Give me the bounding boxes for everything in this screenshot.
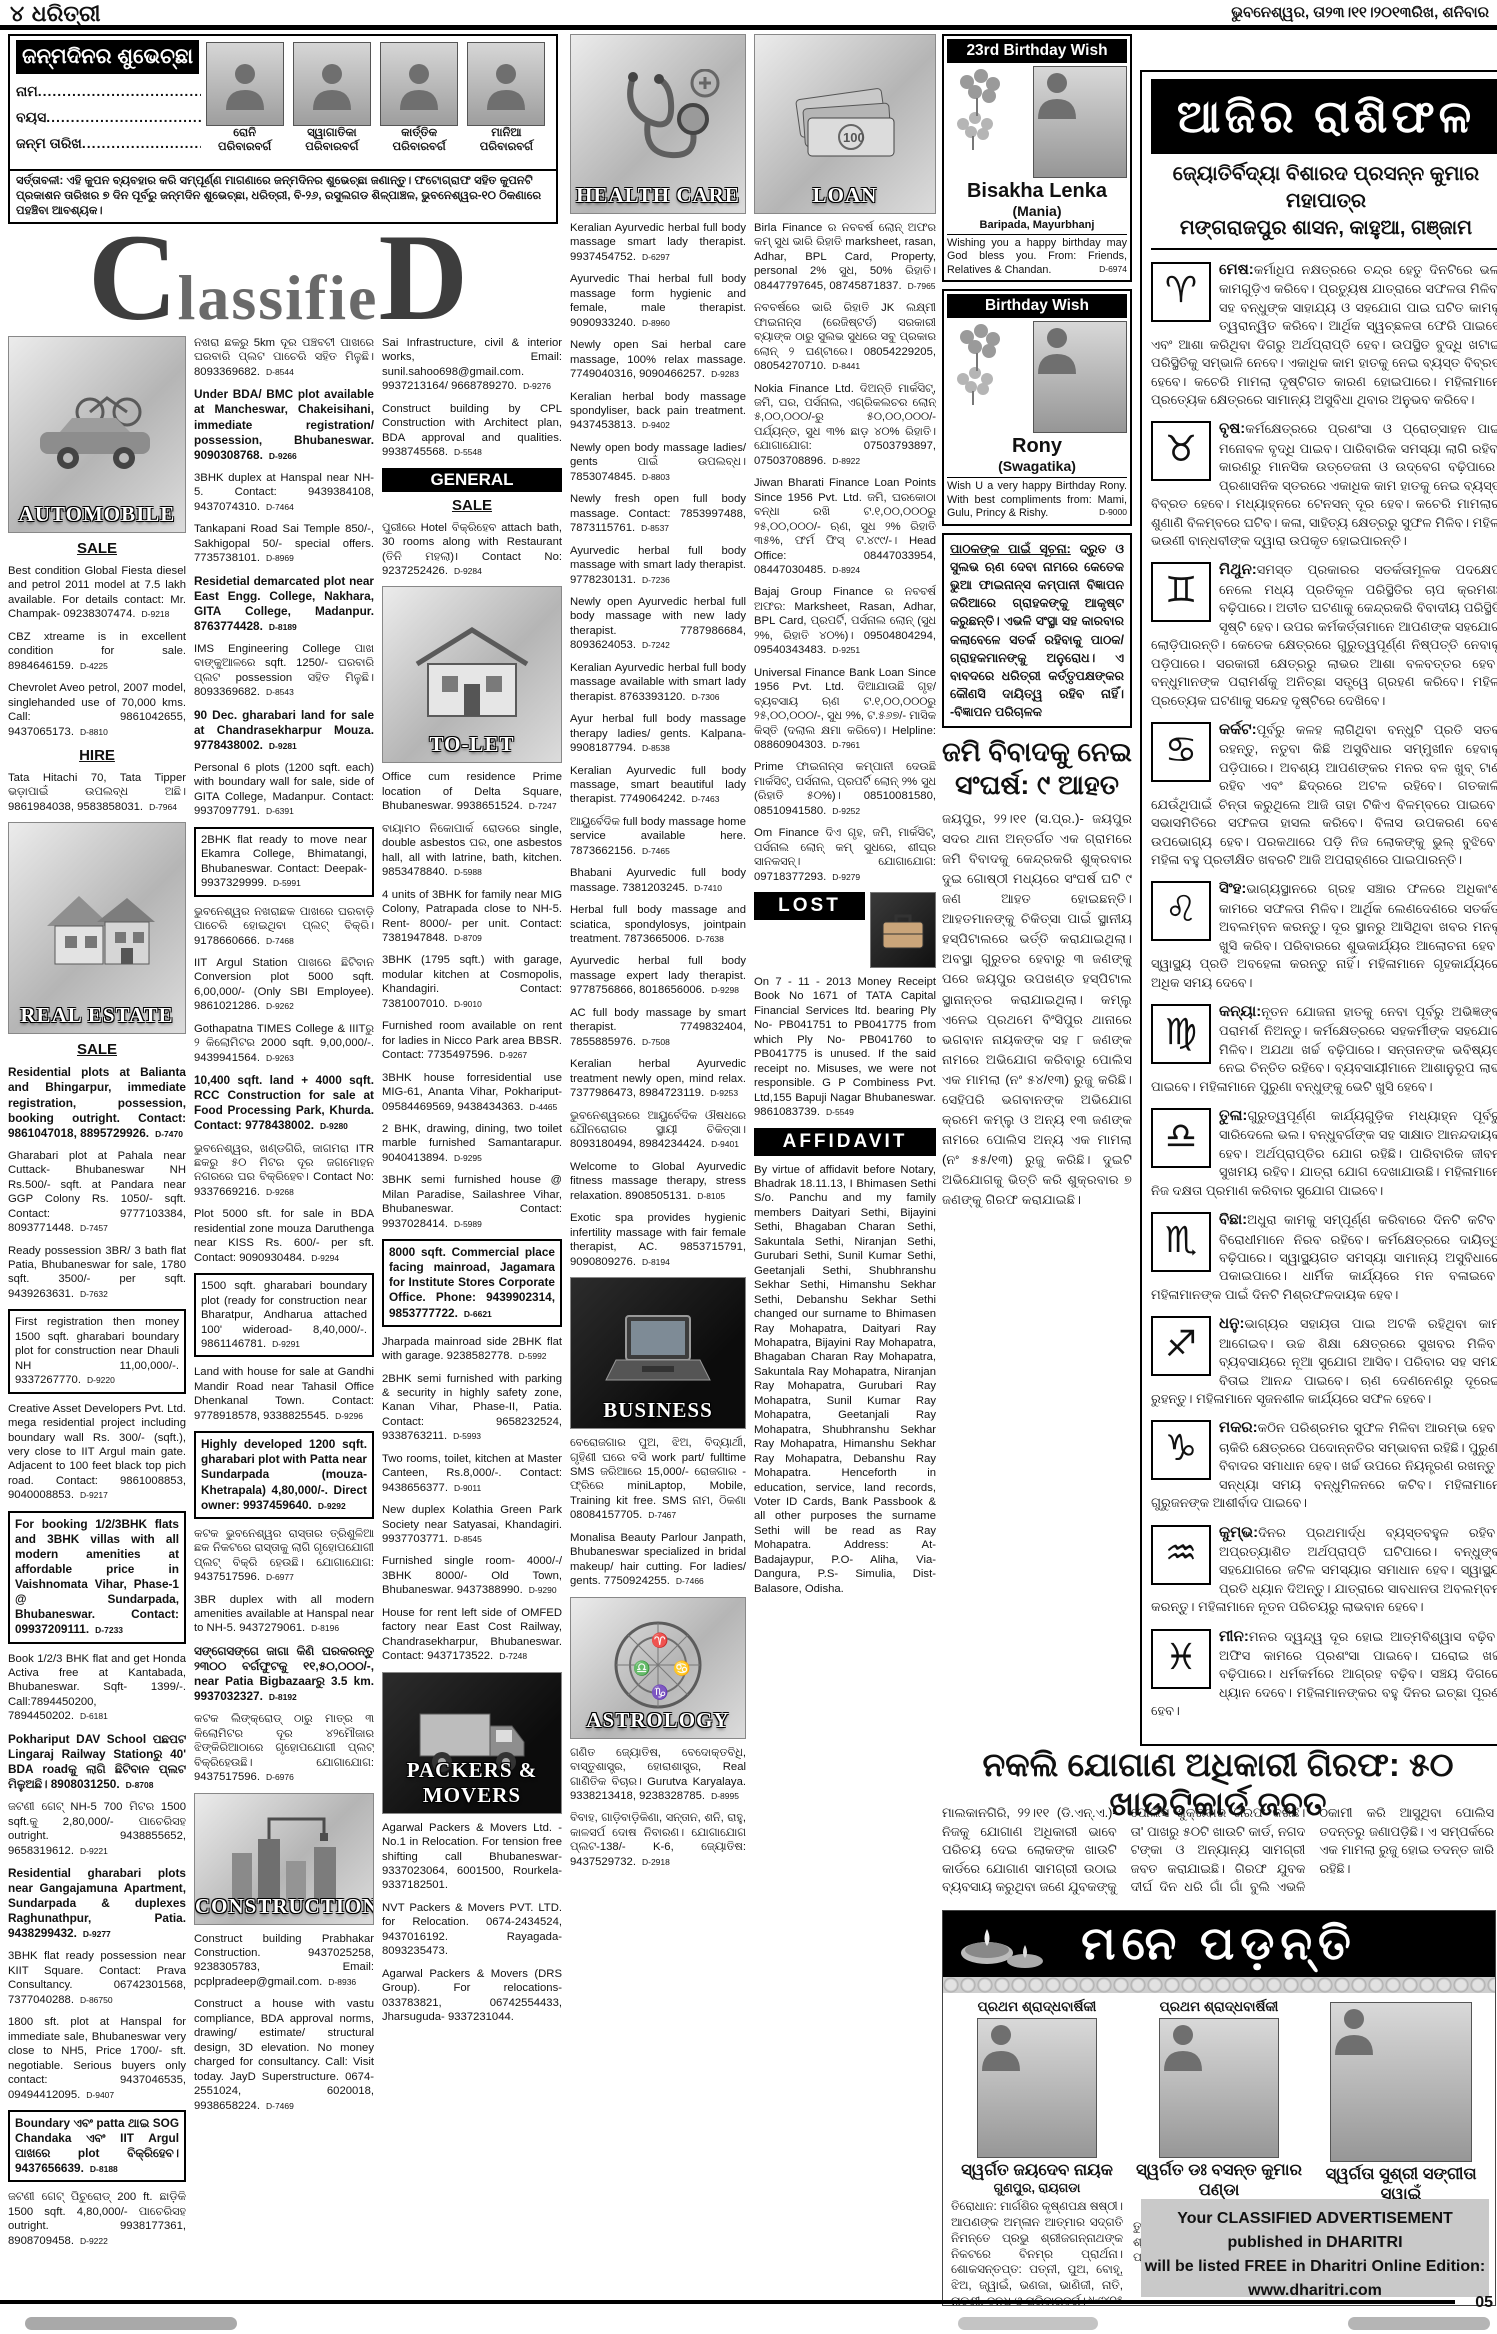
ad-ref-code: D-9294	[311, 1253, 339, 1263]
obituary-entry: ପ୍ରଥମ ଶ୍ରାଦ୍ଧବାର୍ଷିକୀସ୍ୱର୍ଗତ ଜୟଦେବ ନାୟକଗ…	[951, 1999, 1123, 2306]
ad-text: Monalisa Beauty Parlour Janpath, Bhubane…	[570, 1532, 746, 1587]
ad-ref-code: D-8810	[80, 727, 108, 737]
classified-ad: Prime ଫାଇନାନ୍ସ କମ୍ପାନୀ ଦେଉଛି ମାର୍କସିଟ୍, …	[754, 760, 936, 818]
ad-ref-code: D-7638	[696, 934, 724, 944]
column-tolet-packers: Sai Infrastructure, civil & interior wor…	[382, 336, 562, 2294]
ad-ref-code: D-9263	[266, 1053, 294, 1063]
ad-ref-code: D-7248	[499, 1651, 527, 1661]
classified-ad: Residential gharabari plots near Gangaja…	[8, 1866, 186, 1941]
ad-text: Agarwal Packers & Movers Ltd. - No.1 in …	[382, 1822, 562, 1892]
sign-name: ମେଷ:	[1219, 261, 1254, 278]
section-image-label: TO-LET	[383, 732, 561, 757]
classified-ad: Agarwal Packers & Movers (DRS Group). Fo…	[382, 1967, 562, 2025]
LOAN-image: 100LOAN	[754, 34, 936, 214]
news2-headline: ନକଲି ଯୋଗାଣ ଅଧିକାରୀ ଗିରଫ: ୫୦ ଖାଉଟିକାର୍ଡ ଜ…	[942, 1746, 1494, 1802]
classified-ad: For booking 1/2/3BHK flats and 3BHK vill…	[8, 1511, 186, 1644]
classified-ad: Book 1/2/3 BHK flat and get Honda Activa…	[8, 1652, 186, 1724]
ad-ref-code: D-9295	[454, 1153, 482, 1163]
ad-ref-code: D-6976	[266, 1772, 294, 1782]
ad-ref-code: D-5989	[454, 1219, 482, 1229]
horoscope-title: ଆଜିର ରାଶିଫଳ	[1151, 79, 1497, 154]
zodiac-କୁମ୍ଭ-icon: ♒	[1151, 1525, 1211, 1585]
svg-text:♑: ♑	[651, 1684, 668, 1701]
ad-ref-code: D-9281	[269, 741, 297, 751]
zodiac-ବିଛା-icon: ♏	[1151, 1212, 1211, 1272]
ad-ref-code: D-9221	[80, 1846, 108, 1856]
classified-ad: Bajaj Group Finance ର ନବବର୍ଷ ଅଫର: Marksh…	[754, 585, 936, 657]
horoscope-sign-କନ୍ୟା: ♍କନ୍ୟା:ନୂତନ ଯୋଜନା ହାତକୁ ନେବା ପୂର୍ବରୁ ଅଭି…	[1151, 1001, 1497, 1096]
classified-ad: ନଖରା ଛକରୁ 5km ଦୂର ପଞ୍ଚବଟୀ ପାଖରେ ଘରବାରି ପ…	[194, 336, 374, 379]
ad-ref-code: D-2918	[642, 1857, 670, 1867]
ad-ref-code: D-9280	[320, 1121, 348, 1131]
ad-ref-code: D-9407	[86, 2090, 114, 2100]
classified-ad: 4 units of 3BHK for family near MIG Colo…	[382, 888, 562, 946]
horoscope-sign-କର୍କଟ: ♋କର୍କଟ:ପୂର୍ବରୁ କଳହ ଲାଗିଥିବା ବନ୍ଧୁଟି ପ୍ରତ…	[1151, 719, 1497, 869]
classified-ad: Keralian Ayurvedic herbal full body mass…	[570, 661, 746, 704]
coupon-field-ଜନ୍ମ ତାରିଖ: ଜନ୍ମ ତାରିଖ	[16, 135, 201, 152]
classified-ad: By virtue of affidavit before Notary, Bh…	[754, 1163, 936, 1597]
scrollbar-thumb[interactable]	[1348, 2317, 1490, 2330]
photo-person-name: କାର୍ତ୍ତିକ	[380, 126, 458, 140]
ad-ref-code: D-8189	[269, 622, 297, 632]
ad-ref-code: D-8537	[641, 523, 669, 533]
newspaper-logo: ୪ ଧରିତ୍ରୀ	[10, 2, 101, 27]
section-heading: AFFIDAVIT	[754, 1128, 936, 1156]
ad-text: NVT Packers & Movers PVT. LTD. for Reloc…	[382, 1902, 562, 1957]
column-realestate-construction: ନଖରା ଛକରୁ 5km ଦୂର ପଞ୍ଚବଟୀ ପାଖରେ ଘରବାରି ପ…	[194, 336, 374, 2294]
logo-letter-c: C	[88, 209, 178, 346]
logo-middle: lassifie	[178, 262, 379, 333]
ad-ref-code: D-9251	[832, 645, 860, 655]
ad-ref-code: D-9291	[272, 1339, 300, 1349]
obituary-text-body: ତିରୋଧାନ: ମାର୍ଗଶିର କୃଷ୍ଣପକ୍ଷ ଷଷ୍ଠୀ। ଆପଣଙ୍…	[951, 2199, 1123, 2306]
classified-ad: Welcome to Global Ayurvedic fitness mass…	[570, 1160, 746, 1203]
classified-ad: Newly open Ayurvedic herbal full body ma…	[570, 595, 746, 653]
ad-ref-code: D-7632	[80, 1289, 108, 1299]
ad-ref-code: D-8545	[454, 1534, 482, 1544]
classified-ad: 3BHK flat ready possession near KIIT Squ…	[8, 1949, 186, 2007]
coupon-field-ବୟସ: ବୟସ	[16, 109, 201, 126]
logo-letter-d: D	[378, 209, 468, 346]
ad-ref-code: D-5992	[519, 1351, 547, 1361]
zodiac-ମକର-icon: ♑	[1151, 1420, 1211, 1480]
zodiac-କର୍କଟ-icon: ♋	[1151, 722, 1211, 782]
classified-ad: On 7 - 11 - 2013 Money Receipt Book No 1…	[754, 975, 936, 1120]
section-heading: LOST	[754, 892, 865, 920]
ad-text: Creative Asset Developers Pvt. Ltd. mega…	[8, 1403, 186, 1502]
ad-ref-code: D-9217	[80, 1490, 108, 1500]
classified-ad: ଭୁବନେଶ୍ୱର ନଖରାଛକ ପାଖରେ ଘରବାଡ଼ି ପାଚେରି ହୋ…	[194, 905, 374, 948]
obituary-text: ତିରୋଧାନ: ମାର୍ଗଶିର କୃଷ୍ଣପକ୍ଷ ଷଷ୍ଠୀ। ଆପଣଙ୍…	[951, 2199, 1123, 2306]
classified-ad: 3BHK house forresidential use MIG-61, An…	[382, 1071, 562, 1114]
online-note-line2: will be listed FREE in Dharitri Online E…	[1145, 2258, 1485, 2275]
classified-ad: Om Finance ଦିଏ ଗୃହ, ଜମି, ମାର୍କସିଟ୍, ପର୍ସ…	[754, 826, 936, 884]
horoscope-sign-ମିଥୁନ: ♊ମିଥୁନ:ସମସ୍ତ ପ୍ରକାରର ସତର୍କତାମୂଳକ ପଦକ୍ଷେପ…	[1151, 559, 1497, 709]
ad-ref-code: D-9292	[318, 1501, 346, 1511]
ad-ref-code: D-8969	[266, 553, 294, 563]
column-birthday-news: 23rd Birthday WishBisakha Lenka(Mania)Ba…	[942, 34, 1132, 1744]
sign-name: କୁମ୍ଭ:	[1219, 1524, 1258, 1541]
classified-ad: Ready possession 3BR/ 3 bath flat Patia,…	[8, 1244, 186, 1302]
ad-ref-code: D-7306	[692, 692, 720, 702]
ad-ref-code: D-5991	[273, 878, 301, 888]
ad-text: By virtue of affidavit before Notary, Bh…	[754, 1164, 936, 1595]
horoscope-sign-ଧନୁ: ♐ଧନୁ:ଭାଗ୍ୟର ସହାୟତା ପାଇ ଅଟକି ରହିଥିବା କାମ …	[1151, 1313, 1497, 1408]
news2-body: ମାଲକାନଗିରି, ୨୨।୧୧ (ଡି.ଏନ୍.ଏ.)- ନିଜକୁ ଯୋଗ…	[942, 1804, 1494, 1906]
ad-ref-code: D-9284	[454, 566, 482, 576]
sign-name: କର୍କଟ:	[1219, 721, 1257, 738]
ad-text: Furnished room available on rent for lad…	[382, 1020, 562, 1061]
ad-text: 3BR duplex with all modern amenities ava…	[194, 1594, 374, 1635]
section-image-label: LOAN	[755, 183, 935, 208]
remembrance-title: ମନେ ପଡ଼ନ୍ତି	[1081, 1917, 1357, 1972]
classified-ad: Keralian Ayurvedic full body massage, sm…	[570, 764, 746, 807]
classified-ad: ଜଟଣୀ ଗେଟ୍ ପିଚୁରୋଡ୍ 200 ft. ଛାଡ଼ିକି 1500 …	[8, 2190, 186, 2248]
classified-ad: Jharpada mainroad side 2BHK flat with ga…	[382, 1335, 562, 1364]
ad-text: Construct a house with vastu compliance,…	[194, 1998, 374, 2111]
ad-ref-code: D-8544	[266, 367, 294, 377]
classified-ad: Ayurvedic herbal full body massage with …	[570, 544, 746, 587]
ad-ref-code: D-9266	[269, 451, 297, 461]
svg-text:♋: ♋	[673, 1660, 690, 1677]
classified-ad: 90 Dec. gharabari land for sale at Chand…	[194, 708, 374, 753]
horoscope-sign-ମକର: ♑ମକର:କଠିନ ପରିଶ୍ରମର ସୁଫଳ ମିଳିବା ଆରମ୍ଭ ହେବ…	[1151, 1417, 1497, 1512]
classified-ad: Ayurvedic herbal full body massage exper…	[570, 954, 746, 997]
photo-person-name: ମାନିଆ	[467, 126, 545, 140]
portrait-photo	[293, 42, 371, 126]
classified-ad: 2 BHK, drawing, dining, two toilet marbl…	[382, 1122, 562, 1165]
ad-ref-code: D-7469	[266, 2101, 294, 2111]
ad-text: ବେରୋଜଗାର ପୁଅ, ଝିଅ, ବିଦ୍ୟାର୍ଥୀ, ଗୃହିଣୀ ଘର…	[570, 1437, 746, 1521]
photo-person-name: ସ୍ୱାଗାତିକା	[293, 126, 371, 140]
classified-ad: IIT Argul Station ପାଖରେ ଛିଟିବାନ Conversi…	[194, 956, 374, 1014]
ad-ref-code: D-9277	[83, 1929, 111, 1939]
horoscope-sign-ସିଂହ: ♌ସିଂହ:ଭାଗ୍ୟସ୍ଥାନରେ ଗ୍ରହ ସଞ୍ଚାର ଫଳରେ ଅଧିକ…	[1151, 878, 1497, 992]
ad-ref-code: D-5988	[454, 867, 482, 877]
section-heading-row: LOST	[754, 892, 936, 968]
birthday-person-nickname: (Mania)	[947, 203, 1127, 219]
classified-ad: Plot 5000 sft. for sale in BDA residenti…	[194, 1207, 374, 1265]
subsection-heading: SALE	[8, 1041, 186, 1058]
classified-ad: ସଙ୍ଗେସଙ୍ଗେ ଜାଗା କିଣି ଘରକରନ୍ତୁ ୨୩୦୦ ବର୍ଗଫ…	[194, 1644, 374, 1704]
classified-ad: CBZ xtreame is in excellent condition fo…	[8, 630, 186, 673]
laptop-icon	[598, 1308, 718, 1398]
classified-ad: Furnished single room- 4000/-/ 3BHK 8000…	[382, 1554, 562, 1597]
sign-name: ବିଛା:	[1219, 1211, 1247, 1228]
sign-name: ବୃଷ:	[1219, 420, 1245, 437]
ad-ref-code: D-9000	[1099, 507, 1127, 518]
ad-ref-code: D-8922	[832, 456, 860, 466]
ad-ref-code: D-7964	[149, 802, 177, 812]
classified-ad: Residential plots at Balianta and Bhinga…	[8, 1065, 186, 1140]
classified-ad: ବିବାହ, ଗାଡ଼ିବାଡ଼ିକିଣା, ସନ୍ତାନ, ଶନି, ରାହୁ…	[570, 1811, 746, 1869]
ad-ref-code: D-7465	[642, 846, 670, 856]
ad-ref-code: D-7236	[642, 575, 670, 585]
ad-ref-code: D-7463	[692, 794, 720, 804]
column-loan-lost-affidavit: 100LOANBirla Finance ର ନବବର୍ଷ ଲୋନ୍ ଅଫର କ…	[754, 34, 936, 2296]
ad-ref-code: D-6974	[1099, 264, 1127, 275]
ad-ref-code: D-9276	[523, 381, 551, 391]
horoscope-sign-କୁମ୍ଭ: ♒କୁମ୍ଭ:ଦିନର ପ୍ରଥମାର୍ଦ୍ଧ ବ୍ୟସ୍ତବହୁଳ ରହିବ।…	[1151, 1522, 1497, 1617]
ad-ref-code: D-5548	[454, 447, 482, 457]
ad-ref-code: D-86750	[80, 1995, 113, 2005]
page-bottom-rule	[0, 2300, 1455, 2304]
classified-ad: 3BHK (1795 sqft.) with garage, modular k…	[382, 953, 562, 1011]
ad-ref-code: D-9290	[529, 1585, 557, 1595]
coupon-photo: କାର୍ତ୍ତିକପରିବାରବର୍ଗ	[380, 42, 458, 155]
birthday-coupon-box: ଜନ୍ମଦିନର ଶୁଭେଚ୍ଛା ନାମବୟସଜନ୍ମ ତାରିଖ ରୋନିପ…	[8, 34, 558, 224]
classified-ad: Sai Infrastructure, civil & interior wor…	[382, 336, 562, 394]
photo-person-name: ରୋନି	[206, 126, 284, 140]
classified-ad: Tata Hitachi 70, Tata Tipper ଭଡ଼ାପାଇଁ ଉପ…	[8, 771, 186, 814]
classified-ad: କଟକ ଲିଙ୍କ୍‌ରୋଡ୍ ଠାରୁ ମାତ୍ର ୩ କିଲୋମିଟର ଦୂ…	[194, 1712, 374, 1784]
zodiac-ମେଷ-icon: ♈	[1151, 262, 1211, 322]
classified-ad: ଭୁବନେଶ୍ୱର, ଖଣ୍ଡଗିରି, ଜାଗମରା ITR ଛକରୁ ୫୦ …	[194, 1142, 374, 1200]
birthday-wish-box: Birthday WishRony(Swagatika)Wish U a ver…	[942, 289, 1132, 525]
horoscope-sign-ମେଷ: ♈ମେଷ:କର୍ମାଧିପ ନକ୍ଷତ୍ରରେ ଚନ୍ଦ୍ର ହେତୁ ଦିନଟ…	[1151, 259, 1497, 409]
ad-text: Plot 5000 sft. for sale in BDA residenti…	[194, 1208, 374, 1263]
ad-ref-code: D-7508	[642, 1037, 670, 1047]
ad-ref-code: D-8995	[711, 1791, 739, 1801]
subsection-heading: HIRE	[8, 747, 186, 764]
ad-ref-code: D-8543	[266, 687, 294, 697]
ad-ref-code: D-7470	[155, 1129, 183, 1139]
sign-name: ମିଥୁନ:	[1219, 561, 1257, 578]
classified-ad: ଭୁବନେଶ୍ୱରରେ ଆୟୁର୍ବେଦିକ ଔଷଧରେ ଯୌନରୋଗର ସ୍ଥ…	[570, 1109, 746, 1152]
classified-ad: ପୁରୀରେ Hotel ବିକ୍ରିହେବ attach bath, 30 r…	[382, 521, 562, 579]
classified-ad: Keralian herbal body massage spondyliser…	[570, 390, 746, 433]
classified-ad: Pokhariput DAV School ପଛପଟ Lingaraj Rail…	[8, 1732, 186, 1792]
obituary-label: ପ୍ରଥମ ଶ୍ରାଦ୍ଧବାର୍ଷିକୀ	[1133, 1999, 1305, 2015]
ad-ref-code: D-9222	[80, 2236, 108, 2246]
ad-text: House for rent left side of OMFED factor…	[382, 1607, 562, 1662]
astrologer-address: ମଙ୍ଗରାଜପୁର ଶାସନ, କାହୁଆ, ଗଞ୍ଜାମ	[1180, 217, 1472, 239]
zodiac-କନ୍ୟା-icon: ♍	[1151, 1004, 1211, 1064]
classified-ad: Construct building Prabhakar Constructio…	[194, 1932, 374, 1990]
classified-ad: Herbal full body massage and sciatica, s…	[570, 903, 746, 946]
ad-ref-code: D-9267	[499, 1050, 527, 1060]
PACKERS & MOVERS-image: PACKERS & MOVERS	[382, 1672, 562, 1814]
classified-ad: Keralian Ayurvedic herbal full body mass…	[570, 221, 746, 264]
classified-ad: Nokia Finance Ltd. ଦିଅନ୍ତି ମାର୍କସିଟ୍, ଜମ…	[754, 382, 936, 469]
ad-text: Agarwal Packers & Movers (DRS Group). Fo…	[382, 1968, 562, 2023]
classified-ad: 10,400 sqft. land + 4000 sqft. RCC Const…	[194, 1073, 374, 1133]
news1-body: ଜୟପୁର, ୨୨।୧୧ (ସ.ପ୍ର.)- ଜୟପୁର ସଦର ଥାନା ଅନ…	[942, 809, 1132, 1210]
sign-name: ମୀନ:	[1219, 1628, 1249, 1645]
ad-ref-code: D-7468	[266, 936, 294, 946]
classified-ad: Gothapatna TIMES College & IIITରୁ ୨ କିଲୋ…	[194, 1022, 374, 1065]
classified-ad: ନବବର୍ଷରେ ଭାରି ରିହାତି JK ଲକ୍ଷ୍ମୀ ଫାଇନାନ୍ସ…	[754, 301, 936, 373]
ad-ref-code: D-8188	[90, 2164, 118, 2174]
ad-ref-code: D-9011	[454, 1483, 481, 1493]
ad-ref-code: D-9402	[642, 420, 670, 430]
classified-ad: 2BHK flat ready to move near Ekamra Coll…	[194, 827, 374, 897]
photo-family-label: ପରିବାରବର୍ଗ	[206, 140, 284, 154]
classified-ad: Keralian herbal Ayurvedic treatment newl…	[570, 1057, 746, 1100]
ad-ref-code: D-9253	[710, 1088, 738, 1098]
classified-ad: Exotic spa provides hygienic infertility…	[570, 1211, 746, 1269]
ad-ref-code: D-9010	[454, 999, 482, 1009]
scrollbar-thumb[interactable]	[25, 2317, 237, 2330]
sign-name: ଧନୁ:	[1219, 1315, 1245, 1332]
classified-ad: Furnished room available on rent for lad…	[382, 1019, 562, 1062]
classified-ad: ଜଟଣୀ ଗେଟ୍ NH-5 700 ମିଟର 1500 sqft.କୁ 2,8…	[8, 1800, 186, 1858]
classified-ad: Newly open Sai herbal care massage, 100%…	[570, 338, 746, 381]
photo-family-label: ପରିବାରବର୍ଗ	[380, 140, 458, 154]
obituary-photo	[1159, 2018, 1279, 2158]
zodiac-ଧନୁ-icon: ♐	[1151, 1316, 1211, 1376]
obituary-photo	[977, 2018, 1097, 2158]
ad-ref-code: D-6977	[266, 1572, 294, 1582]
photo-family-label: ପରିବାରବର୍ଗ	[293, 140, 371, 154]
birthday-photo	[1033, 321, 1127, 433]
ad-ref-code: D-7961	[832, 740, 860, 750]
TO-LET-image: TO-LET	[382, 586, 562, 763]
ad-ref-code: D-6391	[266, 806, 294, 816]
classified-ad: ବାୟାମଠ ନିକୋପାର୍କ ରୋଡରେ single, double as…	[382, 822, 562, 880]
classified-ad: Boundary ଏବଂ patta ଥାଇ SOG Chandaka ଏବଂ …	[8, 2110, 186, 2182]
classified-ad: 1800 sft. plot at Hanspal for immediate …	[8, 2015, 186, 2102]
classified-ad: Birla Finance ର ନବବର୍ଷ ଲୋନ୍ ଅଫର କମ୍ ସୁଧ …	[754, 221, 936, 293]
online-edition-note: Your CLASSIFIED ADVERTISEMENT published …	[1141, 2199, 1489, 2297]
section-image-label: CONSTRUCTION	[195, 1894, 373, 1919]
classified-ad: 3BR duplex with all modern amenities ava…	[194, 1593, 374, 1636]
CONSTRUCTION-image: CONSTRUCTION	[194, 1793, 374, 1925]
ad-ref-code: D-8105	[697, 1191, 725, 1201]
ad-ref-code: D-7467	[648, 1510, 676, 1520]
sign-name: ସିଂହ:	[1219, 880, 1246, 897]
classified-logo: ClassifieD	[2, 222, 554, 330]
ad-ref-code: D-8538	[642, 743, 670, 753]
classified-ad: NVT Packers & Movers PVT. LTD. for Reloc…	[382, 1901, 562, 1959]
ad-ref-code: D-7242	[642, 640, 670, 650]
briefcase-image	[870, 892, 936, 968]
horoscope-astrologer: ଜ୍ୟୋତିର୍ବିଦ୍ୟା ବିଶାରଦ ପ୍ରସନ୍ନ କୁମାର ମହାପ…	[1151, 154, 1497, 250]
classified-ad: Jiwan Bharati Finance Loan Points Since …	[754, 476, 936, 577]
ad-ref-code: D-6181	[80, 1711, 108, 1721]
ASTROLOGY-image: ♈♋♎♑ASTROLOGY	[570, 1597, 746, 1739]
svg-text:100: 100	[843, 130, 865, 145]
sign-name: ମକର:	[1219, 1419, 1258, 1436]
masthead-rule	[0, 25, 1497, 30]
REAL ESTATE-image: REAL ESTATE	[8, 822, 186, 1034]
ad-text: For booking 1/2/3BHK flats and 3BHK vill…	[15, 1517, 179, 1637]
remembrance-section: ମନେ ପଡ଼ନ୍ତି ପ୍ରଥମ ଶ୍ରାଦ୍ଧବାର୍ଷିକୀସ୍ୱର୍ଗତ…	[942, 1910, 1496, 2306]
ad-ref-code: D-9296	[335, 1411, 363, 1421]
classified-ad: Ayurvedic Thai herbal full body massage …	[570, 272, 746, 330]
birthday-wish-box: 23rd Birthday WishBisakha Lenka(Mania)Ba…	[942, 34, 1132, 282]
classified-ad: କଟକ ଭୁବନେଶ୍ୱର ରାସ୍ତାର ତ୍ରିଶୁଳିଆ ଛକ ନିକଟର…	[194, 1527, 374, 1585]
section-image-label: ASTROLOGY	[571, 1708, 745, 1733]
classified-ad: Under BDA/ BMC plot available at Manches…	[194, 387, 374, 462]
car-icon	[32, 390, 162, 480]
reader-notice-box: ପାଠକଙ୍କ ପାଇଁ ସୂଚନା: ଦ୍ରୁତ ଓ ସୁଲଭ ଋଣ ଦେବା…	[942, 533, 1132, 728]
horoscope-signs: ♈ମେଷ:କର୍ମାଧିପ ନକ୍ଷତ୍ରରେ ଚନ୍ଦ୍ର ହେତୁ ଦିନଟ…	[1151, 259, 1497, 1721]
reader-notice-title: ପାଠକଙ୍କ ପାଇଁ ସୂଚନା:	[950, 542, 1071, 556]
BUSINESS-image: BUSINESS	[570, 1277, 746, 1429]
ad-ref-code: D-6621	[464, 1309, 492, 1319]
coupon-photo: ରୋନିପରିବାରବର୍ଗ	[206, 42, 284, 155]
section-image-label: BUSINESS	[571, 1398, 745, 1423]
classified-ad: Gharabari plot at Pahala near Cuttack- B…	[8, 1149, 186, 1236]
ad-text: Gharabari plot at Pahala near Cuttack- B…	[8, 1150, 186, 1234]
ad-ref-code: D-9262	[266, 1001, 294, 1011]
classified-ad: Bhabani Ayurvedic full body massage. 738…	[570, 866, 746, 895]
zodiac-ମୀନ-icon: ♓	[1151, 1629, 1211, 1689]
ad-text: Nokia Finance Ltd. ଦିଅନ୍ତି ମାର୍କସିଟ୍, ଜମ…	[754, 383, 936, 467]
birthday-person-name: Bisakha Lenka	[947, 180, 1127, 203]
coupon-field-ନାମ: ନାମ	[16, 83, 201, 100]
classified-ad: ଆୟୁର୍ବେଦିକ full body massage home servic…	[570, 815, 746, 858]
section-banner: GENERAL	[382, 468, 562, 492]
classified-ad: 3BHK duplex at Hanspal near NH-5. Contac…	[194, 471, 374, 514]
crane-icon	[224, 1813, 344, 1905]
ad-ref-code: D-5993	[453, 1431, 481, 1441]
classified-ad: Best condition Global Fiesta diesel and …	[8, 564, 186, 622]
section-image-label: PACKERS & MOVERS	[383, 1758, 561, 1808]
classified-ad: IMS Engineering College ପାଖ ବାଙ୍କୁଆଳରେ s…	[194, 642, 374, 700]
classified-ad: Agarwal Packers & Movers Ltd. - No.1 in …	[382, 1821, 562, 1893]
horoscope-sign-ତୁଳା: ♎ତୁଳା:ଗୁରୁତ୍ୱପୂର୍ଣ୍ଣ କାର୍ଯ୍ୟଗୁଡ଼ିକ ମଧ୍ୟା…	[1151, 1105, 1497, 1200]
masthead-dateline: ଭୁବନେଶ୍ୱର, ତା୨୩।୧୧।୨୦୧୩ରିଖ, ଶନିବାର	[1231, 4, 1489, 21]
ad-ref-code: D-8803	[642, 472, 670, 482]
classified-ad: Newly open body massage ladies/ gents ପା…	[570, 441, 746, 484]
money-icon: 100	[780, 74, 910, 174]
coupon-title: ଜନ୍ମଦିନର ଶୁଭେଚ୍ଛା	[16, 40, 199, 74]
ad-ref-code: D-7233	[95, 1625, 123, 1635]
horoscope-sign-ମୀନ: ♓ମୀନ:ମନର ଦ୍ୱନ୍ଦ୍ୱ ଦୂର ହୋଇ ଆତ୍ମବିଶ୍ୱାସ ବଢ…	[1151, 1626, 1497, 1721]
zodiac-icon: ♈♋♎♑	[603, 1615, 713, 1720]
classified-ad: Monalisa Beauty Parlour Janpath, Bhubane…	[570, 1531, 746, 1589]
ad-ref-code: D-8708	[126, 1780, 154, 1790]
astrologer-name: ଜ୍ୟୋତିର୍ବିଦ୍ୟା ବିଶାରଦ ପ୍ରସନ୍ନ କୁମାର ମହାପ…	[1173, 163, 1479, 212]
portrait-photo	[206, 42, 284, 126]
ad-text: Jiwan Bharati Finance Loan Points Since …	[754, 477, 936, 576]
subsection-heading: SALE	[382, 497, 562, 514]
classified-ad: AC full body massage by smart therapist.…	[570, 1006, 746, 1049]
news1-headline: ଜମି ବିବାଦକୁ ନେଇ ସଂଘର୍ଷ: ୯ ଆହତ	[942, 736, 1132, 801]
classified-ad: Personal 6 plots (1200 sqft. each) with …	[194, 761, 374, 819]
classified-ad: Tankapani Road Sai Temple 850/-, Sakhigo…	[194, 522, 374, 565]
scrollbar-thumb[interactable]	[958, 2317, 1098, 2330]
ad-ref-code: D-4225	[80, 661, 108, 671]
classified-ad: Newly fresh open full body massage. Cont…	[570, 492, 746, 535]
ad-ref-code: D-9268	[266, 1187, 294, 1197]
marigold-strip	[943, 1977, 1495, 1993]
section-image-label: HEALTH CARE	[571, 183, 745, 208]
classified-ad: Construct building by CPL Construction w…	[382, 402, 562, 460]
svg-text:♎: ♎	[633, 1660, 650, 1677]
birthday-wish-title: Birthday Wish	[947, 294, 1127, 318]
ad-ref-code: D-9252	[832, 806, 860, 816]
coupon-photo: ମାନିଆପରିବାରବର୍ଗ	[467, 42, 545, 155]
classified-ad: 1500 sqft. gharabari boundary plot (read…	[194, 1273, 374, 1357]
ad-ref-code: D-8194	[642, 1257, 670, 1267]
birthday-message: Wishing you a happy birthday may God ble…	[947, 234, 1127, 277]
horoscope-sign-ବିଛା: ♏ବିଛା:ଅଧୁରା କାମକୁ ସମ୍ପୂର୍ଣ୍ଣ କରିବାରେ ଦିନ…	[1151, 1209, 1497, 1304]
ad-ref-code: D-7410	[694, 883, 722, 893]
house-icon	[37, 878, 157, 978]
ad-ref-code: D-7464	[266, 502, 294, 512]
ad-text: On 7 - 11 - 2013 Money Receipt Book No 1…	[754, 976, 936, 1118]
portrait-photo	[380, 42, 458, 126]
ad-ref-code: D-8936	[328, 1977, 356, 1987]
classified-ad: Office cum residence Prime location of D…	[382, 770, 562, 813]
sign-name: କନ୍ୟା:	[1219, 1003, 1261, 1020]
classified-ad: 2BHK semi furnished with parking & secur…	[382, 1372, 562, 1444]
birthday-wish-title: 23rd Birthday Wish	[947, 39, 1127, 63]
classified-ad: ଗଣିତ ଜ୍ୟୋତିଷ, ବେଦୋକ୍ତବିଧି, ବାସ୍ତୁଶାସ୍ତ୍ର…	[570, 1746, 746, 1804]
